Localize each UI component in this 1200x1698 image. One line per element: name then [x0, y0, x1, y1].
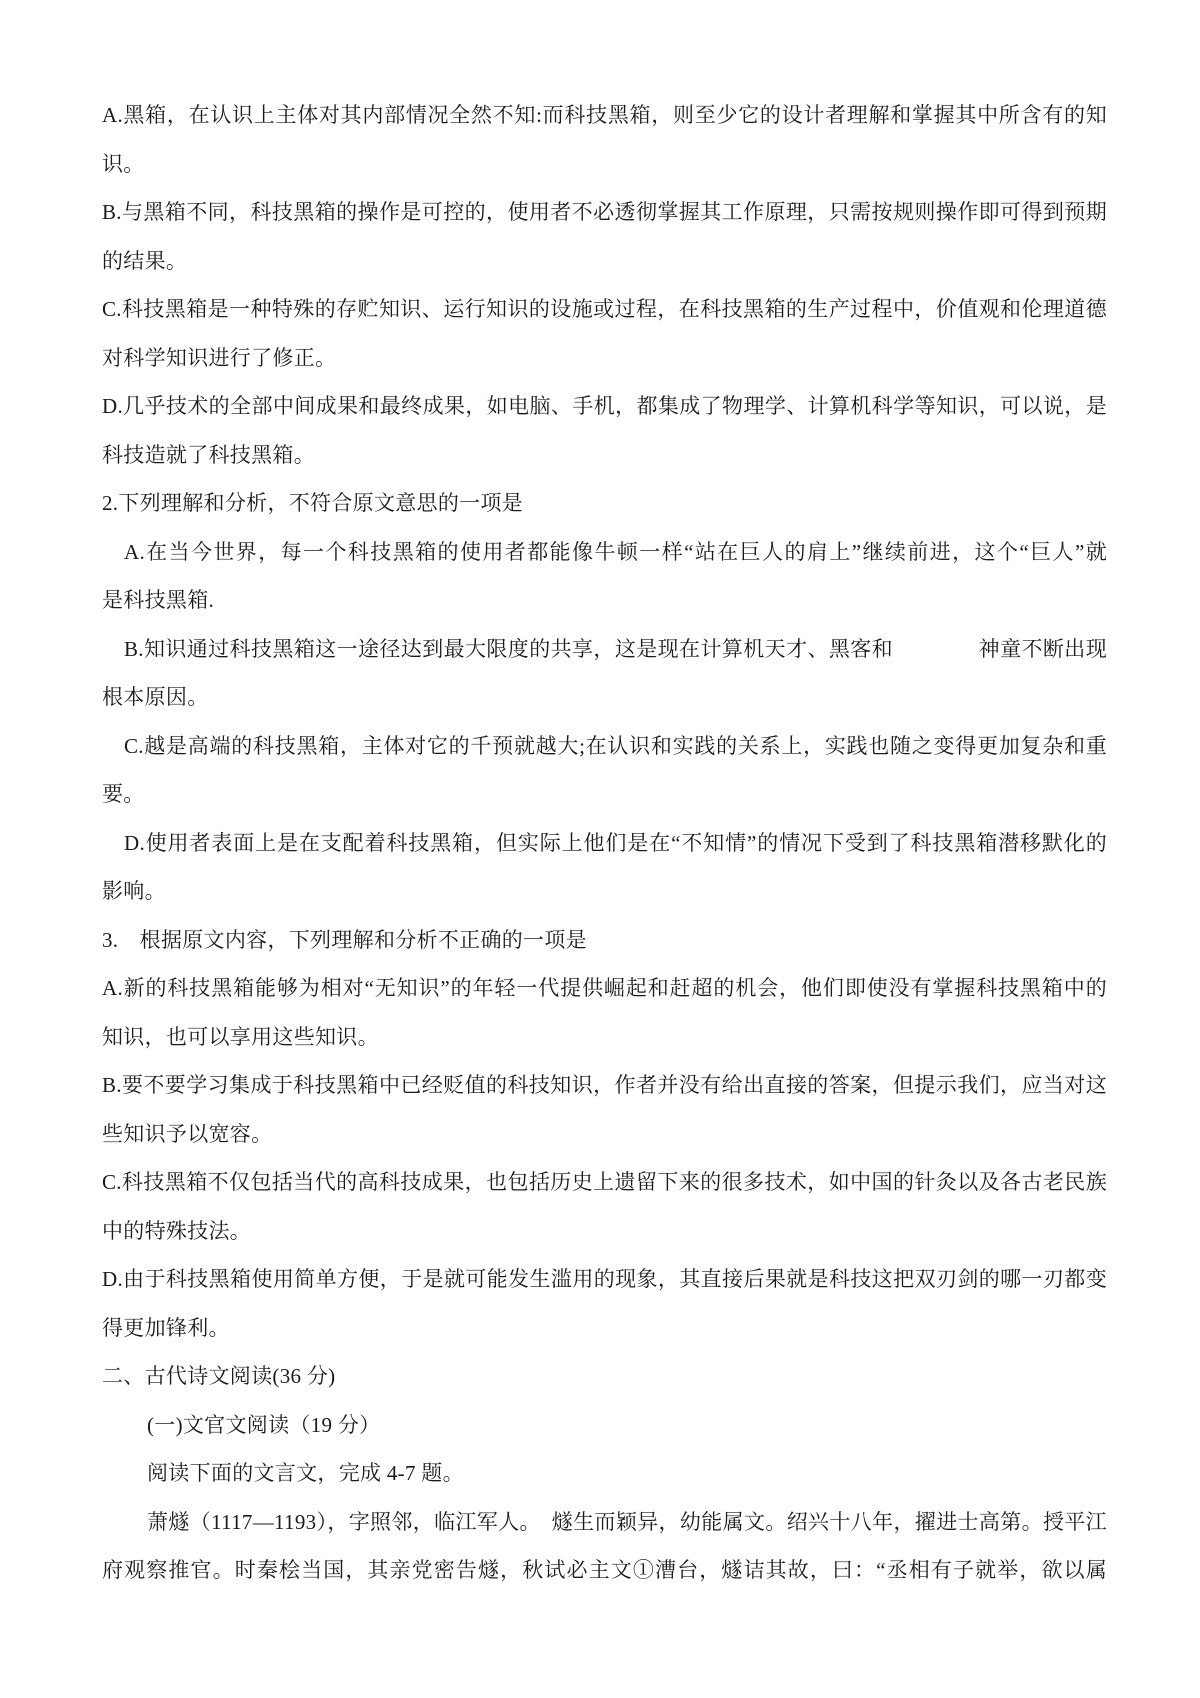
text-line: 中的特殊技法。 [102, 1207, 1107, 1256]
text-line: A.在当今世界，每一个科技黑箱的使用者都能像牛顿一样“站在巨人的肩上”继续前进，… [102, 528, 1107, 577]
text-line: 些知识予以宽容。 [102, 1110, 1107, 1159]
text-line: (一)文官文阅读（19 分） [102, 1401, 1107, 1450]
text-line: D.几乎技术的全部中间成果和最终成果，如电脑、手机，都集成了物理学、计算机科学等… [102, 382, 1107, 431]
text-line: C.科技黑箱不仅包括当代的高科技成果，也包括历史上遗留下来的很多技术，如中国的针… [102, 1158, 1107, 1207]
text-line: 2.下列理解和分析，不符合原文意思的一项是 [102, 479, 1107, 528]
text-line: 影响。 [102, 867, 1107, 916]
text-line: A.新的科技黑箱能够为相对“无知识”的年轻一代提供崛起和赶超的机会，他们即使没有… [102, 964, 1107, 1013]
text-line: 识。 [102, 140, 1107, 189]
text-line: 萧燧（1117—1193），字照邻，临江军人。 燧生而颖异，幼能属文。绍兴十八年… [102, 1498, 1107, 1547]
document-page: A.黑箱，在认识上主体对其内部情况全然不知:而科技黑箱，则至少它的设计者理解和掌… [0, 0, 1200, 1698]
text-line: 科技造就了科技黑箱。 [102, 431, 1107, 480]
text-line: 的结果。 [102, 237, 1107, 286]
text-line: 是科技黑箱. [102, 576, 1107, 625]
text-line: 阅读下面的文言文，完成 4-7 题。 [102, 1449, 1107, 1498]
text-line: C.越是高端的科技黑箱，主体对它的千预就越大;在认识和实践的关系上，实践也随之变… [102, 722, 1107, 771]
text-line: D.由于科技黑箱使用简单方便，于是就可能发生滥用的现象，其直接后果就是科技这把双… [102, 1255, 1107, 1304]
text-line: 根本原因。 [102, 673, 1107, 722]
text-line: A.黑箱，在认识上主体对其内部情况全然不知:而科技黑箱，则至少它的设计者理解和掌… [102, 91, 1107, 140]
text-line: 要。 [102, 770, 1107, 819]
document-text-block: A.黑箱，在认识上主体对其内部情况全然不知:而科技黑箱，则至少它的设计者理解和掌… [102, 91, 1107, 1595]
text-line: B.要不要学习集成于科技黑箱中已经贬值的科技知识，作者并没有给出直接的答案，但提… [102, 1061, 1107, 1110]
text-line: D.使用者表面上是在支配着科技黑箱，但实际上他们是在“不知情”的情况下受到了科技… [102, 819, 1107, 868]
text-line: 得更加锋利。 [102, 1304, 1107, 1353]
text-line: 府观察推官。时秦桧当国，其亲党密告燧，秋试必主文①漕台，燧诘其故，曰：“丞相有子… [102, 1546, 1107, 1595]
text-line: B.与黑箱不同，科技黑箱的操作是可控的，使用者不必透彻掌握其工作原理，只需按规则… [102, 188, 1107, 237]
text-line: 3. 根据原文内容，下列理解和分析不正确的一项是 [102, 916, 1107, 965]
text-line: 二、古代诗文阅读(36 分) [102, 1352, 1107, 1401]
text-line: B.知识通过科技黑箱这一途径达到最大限度的共享，这是现在计算机天才、黑客和 神童… [102, 625, 1107, 674]
text-line: 知识，也可以享用这些知识。 [102, 1013, 1107, 1062]
text-line: 对科学知识进行了修正。 [102, 334, 1107, 383]
text-line: C.科技黑箱是一种特殊的存贮知识、运行知识的设施或过程，在科技黑箱的生产过程中，… [102, 285, 1107, 334]
